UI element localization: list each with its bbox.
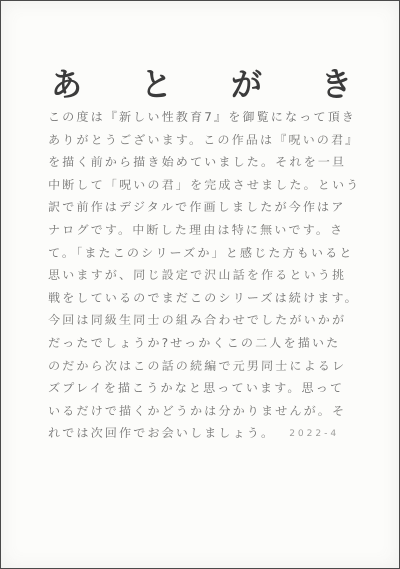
body-line: ナログです。中断した理由は特に無いです。さ — [48, 221, 366, 244]
body-line: 戦をしているのでまだこのシリーズは続けます。 — [48, 289, 366, 312]
body-line: 訳で前作はデジタルで作画しましたが今作はア — [48, 198, 366, 221]
body-line: て。「またこのシリーズか」と感じた方もいると — [48, 244, 366, 267]
body-line: 思いますが、同じ設定で沢山話を作るという挑 — [48, 266, 366, 289]
afterword-page: あ と が き この度は『新しい性教育7』を御覧になって頂き ありがとうございま… — [0, 0, 400, 569]
body-line-last: れでは次回作でお会いしましょう。2022-4 — [48, 424, 366, 447]
body-line: 今回は同級生同士の組み合わせでしたがいかが — [48, 311, 366, 334]
body-line: ズプレイを描こうかなと思っています。思って — [48, 379, 366, 402]
body-line: ありがとうございます。この作品は『呪いの君』 — [48, 131, 366, 154]
body-line: だったでしょうか?せっかくこの二人を描いた — [48, 334, 366, 357]
body-line: のだから次はこの話の続編で元男同士によるレ — [48, 357, 366, 380]
publication-date: 2022-4 — [289, 429, 339, 439]
body-line: を描く前から描き始めていました。それを一旦 — [48, 153, 366, 176]
body-line-text: れでは次回作でお会いしましょう。 — [48, 426, 275, 440]
page-title: あ と が き — [51, 58, 366, 105]
afterword-body: この度は『新しい性教育7』を御覧になって頂き ありがとうございます。この作品は『… — [48, 108, 366, 447]
body-line: 中断して「呪いの君」を完成させました。という — [48, 176, 366, 199]
body-line: いるだけで描くかどうかは分かりませんが。そ — [48, 402, 366, 425]
body-line: この度は『新しい性教育7』を御覧になって頂き — [48, 108, 366, 131]
